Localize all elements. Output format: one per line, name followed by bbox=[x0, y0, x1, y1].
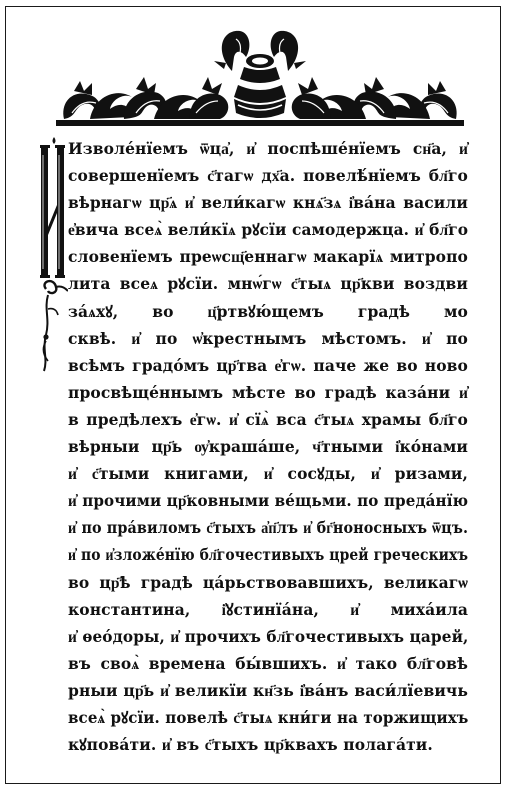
floral-headpiece-icon bbox=[54, 21, 466, 129]
text-line: за́ѧхꙋ, во ц҃ртвꙋю́щемъ градѣ мо bbox=[68, 298, 468, 325]
text-line: вѣрнагѡ цр҃ѧ и҆ вели́кагѡ кнѧ҃зѧ і҆ва́на… bbox=[68, 189, 468, 216]
text-line: и҆ по и҆зложе́нїю бл҃гочестивыхъ црей гр… bbox=[68, 541, 468, 568]
text-line: во цр҃ѣ градѣ ца́рьствовавшихъ, великагѡ bbox=[68, 569, 468, 596]
text-line: совершенїемъ с҃тагѡ дх҃а. повелѣ́нїемъ б… bbox=[68, 162, 468, 189]
text-line: и҆ с҃тыми книгами, и҆ сосꙋды, и҆ ризами, bbox=[68, 460, 468, 487]
text-line-final: кꙋпова́ти. и҆ въ с҃тыхъ цр҃квахъ полага́… bbox=[68, 731, 468, 758]
text-line: константина, і҆ꙋстинїа́на, и҆ миха́ила bbox=[68, 596, 468, 623]
text-line: словенїемъ преѡсщ҃еннагѡ макарїѧ митропо bbox=[68, 243, 468, 270]
body-text: Изволе́нїемъ ѿца҆, и҆ поспѣше́нїемъ сн҃а… bbox=[68, 135, 468, 758]
text-line: в предѣлехъ е҆гѡ. и҆ сїѧ̀ вса с҃тыѧ храм… bbox=[68, 406, 468, 433]
text-line: и҆ по пра́виломъ с҃тыхъ а҆п҃лъ и҆ бг҃нон… bbox=[68, 514, 468, 541]
text-line: просвѣще́ннымъ мѣсте во градѣ каза́ни и҆ bbox=[68, 379, 468, 406]
text-line: Изволе́нїемъ ѿца҆, и҆ поспѣше́нїемъ сн҃а… bbox=[68, 135, 468, 162]
page-frame: Изволе́нїемъ ѿца҆, и҆ поспѣше́нїемъ сн҃а… bbox=[5, 6, 501, 784]
text-line: и҆ прочими цр҃ковными ве́щьми. по преда́… bbox=[68, 487, 468, 514]
text-line: въ своѧ̀ времена бы́вшихъ. и҆ тако бл҃го… bbox=[68, 650, 468, 677]
text-line: е҆вича всеѧ̀ вели́кїѧ рꙋсїи самодержца. … bbox=[68, 216, 468, 243]
text-line: всѣмъ градо́мъ цр҃тва е҆гѡ. паче же во н… bbox=[68, 352, 468, 379]
text-line: всеѧ̀ рꙋсїи. повелѣ с҃тыѧ кни́ги на торж… bbox=[68, 704, 468, 731]
text-line: вѣрныи цр҃ь ѹ҆краша́ше, ч҃тными і҆ко́нам… bbox=[68, 433, 468, 460]
text-line: и҆ ѳео́доры, и҆ прочихъ бл҃гочестивыхъ ц… bbox=[68, 623, 468, 650]
text-line: лита всеѧ рꙋсїи. мнѡ́гѡ с҃тыѧ цр҃кви воз… bbox=[68, 270, 468, 297]
vine-ornament-icon bbox=[40, 279, 68, 373]
text-line: сквѣ. и҆ по ѡ҆крестнымъ мѣстомъ. и҆ по bbox=[68, 325, 468, 352]
text-line: рныи цр҃ь и҆ великїи кн҃зь і҆ва́нъ васи́… bbox=[68, 677, 468, 704]
decorated-initial-icon bbox=[40, 135, 66, 283]
